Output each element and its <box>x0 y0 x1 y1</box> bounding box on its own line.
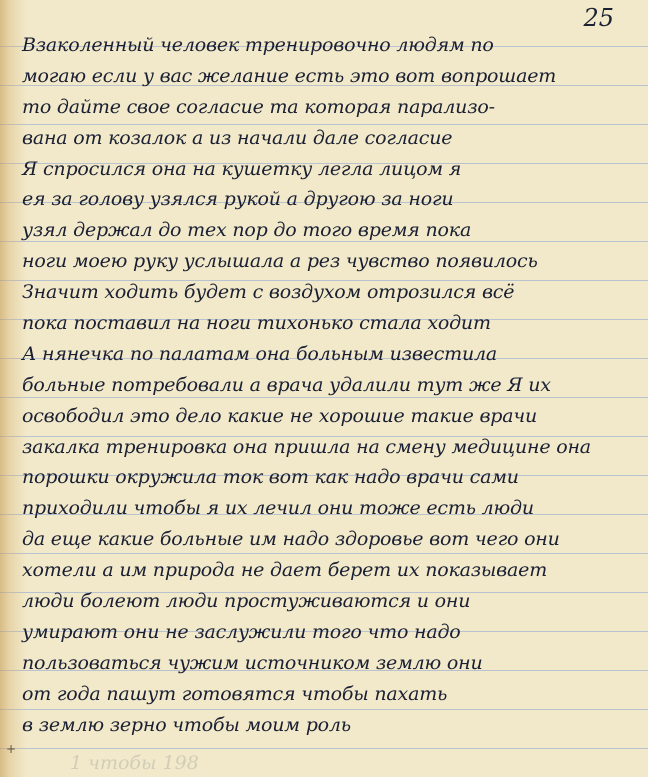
text-line: хотели а им природа не дает берет их пок… <box>22 555 638 586</box>
page-number: 25 <box>583 4 614 32</box>
text-line: Взаколенный человек тренировочно людям п… <box>22 30 638 61</box>
text-line: освободил это дело какие не хорошие таки… <box>22 401 638 432</box>
text-line: ноги моею руку услышала а рез чувство по… <box>22 246 638 277</box>
handwritten-text-body: Взаколенный человек тренировочно людям п… <box>22 30 638 740</box>
text-line: то дайте свое согласие та которая парали… <box>22 92 638 123</box>
text-line: больные потребовали а врача удалили тут … <box>22 370 638 401</box>
text-line: ея за голову узялся рукой а другою за но… <box>22 184 638 215</box>
text-line: пользоваться чужим источником землю они <box>22 648 638 679</box>
notebook-page: 25 Взаколенный человек тренировочно людя… <box>0 0 648 777</box>
text-line: умирают они не заслужили того что надо <box>22 617 638 648</box>
text-line: А нянечка по палатам она больным извести… <box>22 339 638 370</box>
margin-mark: + <box>6 742 16 756</box>
bleed-through-text: 1 чтобы 198 <box>70 752 199 774</box>
text-line: да еще какие больные им надо здоровье во… <box>22 524 638 555</box>
text-line: в землю зерно чтобы моим роль <box>22 710 638 741</box>
text-line: от года пашут готовятся чтобы пахать <box>22 679 638 710</box>
text-line: пока поставил на ноги тихонько стала ход… <box>22 308 638 339</box>
text-line: вана от козалок а из начали дале согласи… <box>22 123 638 154</box>
text-line: закалка тренировка она пришла на смену м… <box>22 432 638 463</box>
text-line: Я спросился она на кушетку легла лицом я <box>22 154 638 185</box>
text-line: узял держал до тех пор до того время пок… <box>22 215 638 246</box>
text-line: порошки окружила ток вот как надо врачи … <box>22 462 638 493</box>
text-line: люди болеют люди простуживаются и они <box>22 586 638 617</box>
text-line: могаю если у вас желание есть это вот во… <box>22 61 638 92</box>
text-line: Значит ходить будет с воздухом отрозился… <box>22 277 638 308</box>
text-line: приходили чтобы я их лечил они тоже есть… <box>22 493 638 524</box>
